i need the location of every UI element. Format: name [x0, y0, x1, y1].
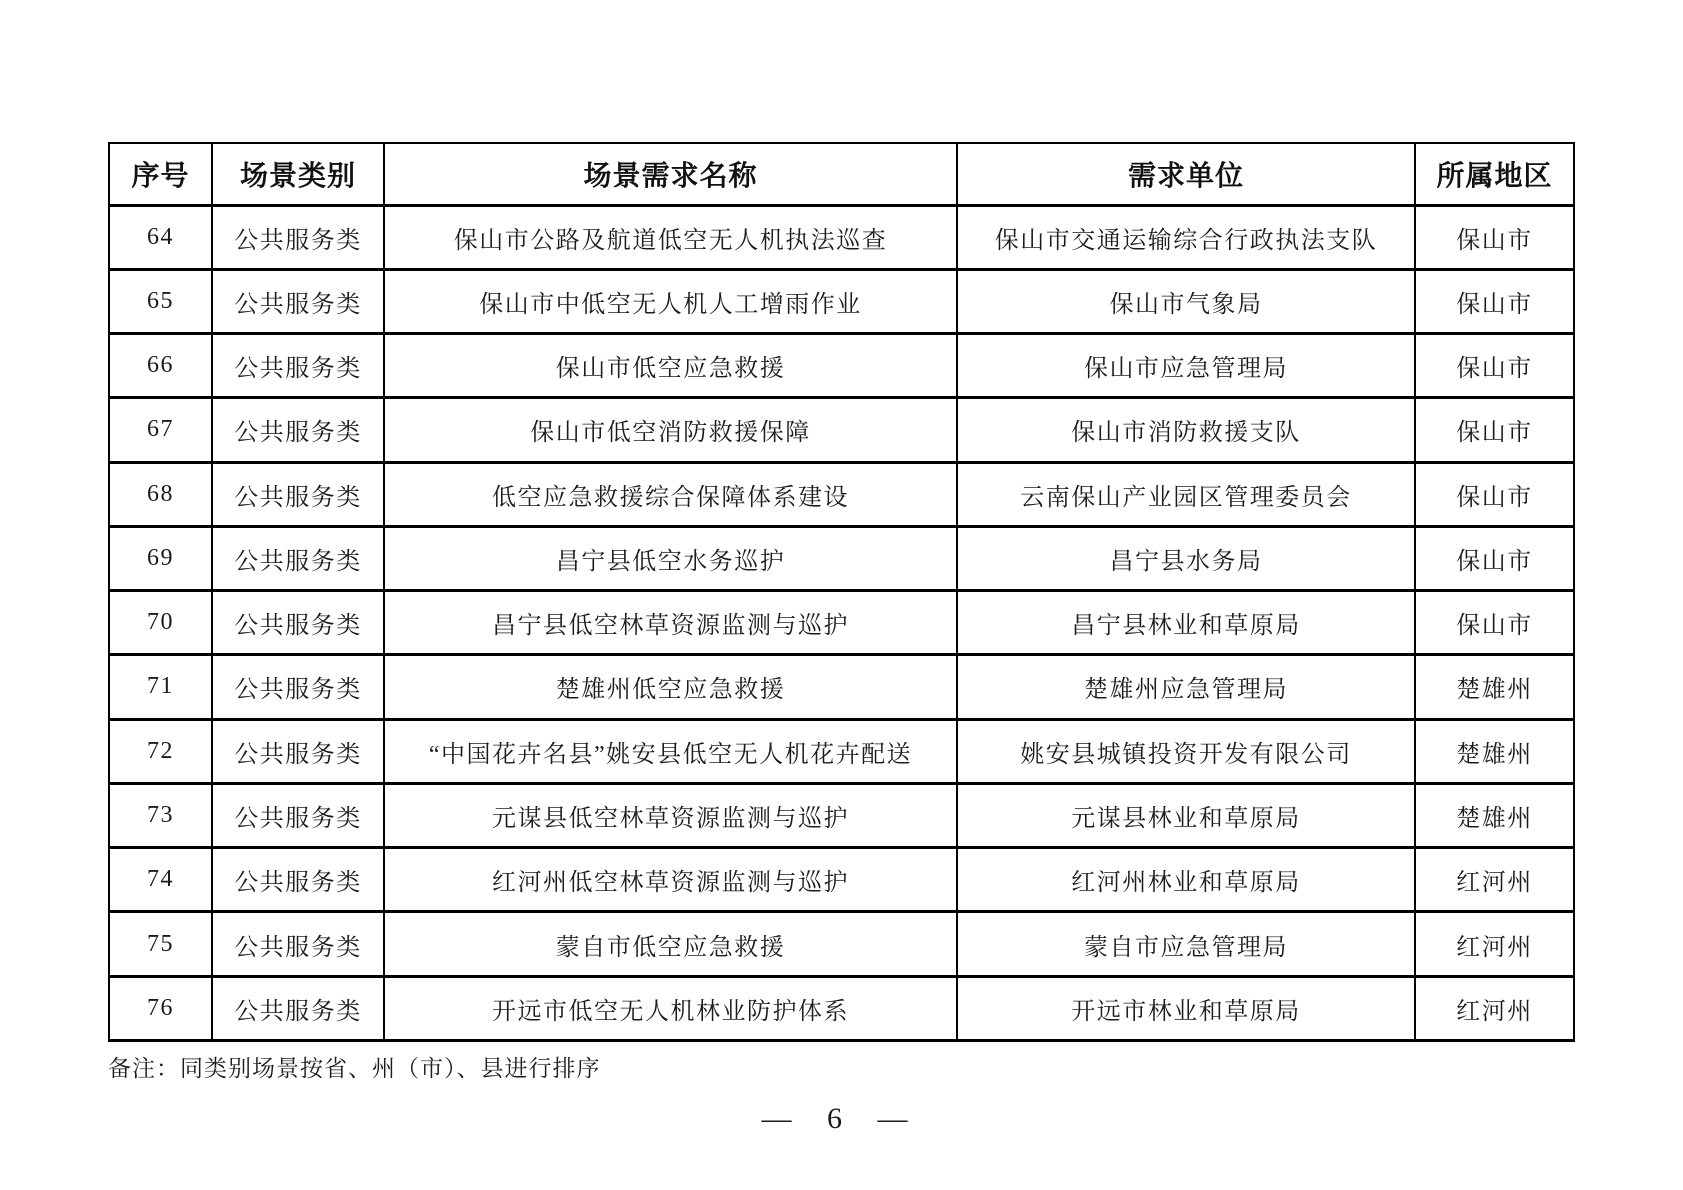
cell-category: 公共服务类 [212, 976, 384, 1040]
cell-scene-name: “中国花卉名县”姚安县低空无人机花卉配送 [384, 719, 957, 783]
cell-scene-name: 保山市中低空无人机人工增雨作业 [384, 269, 957, 333]
col-header-index: 序号 [109, 143, 212, 205]
cell-region: 保山市 [1415, 398, 1574, 462]
cell-index: 67 [109, 398, 212, 462]
cell-scene-name: 开远市低空无人机林业防护体系 [384, 976, 957, 1040]
scene-demand-table: 序号 场景类别 场景需求名称 需求单位 所属地区 64公共服务类保山市公路及航道… [108, 142, 1575, 1042]
cell-index: 69 [109, 526, 212, 590]
cell-region: 楚雄州 [1415, 719, 1574, 783]
table-row: 67公共服务类保山市低空消防救援保障保山市消防救援支队保山市 [109, 398, 1574, 462]
cell-category: 公共服务类 [212, 269, 384, 333]
table-row: 68公共服务类低空应急救援综合保障体系建设云南保山产业园区管理委员会保山市 [109, 462, 1574, 526]
cell-category: 公共服务类 [212, 719, 384, 783]
cell-region: 楚雄州 [1415, 783, 1574, 847]
cell-region: 保山市 [1415, 205, 1574, 269]
table-row: 75公共服务类蒙自市低空应急救援蒙自市应急管理局红河州 [109, 912, 1574, 976]
cell-category: 公共服务类 [212, 205, 384, 269]
cell-demand-unit: 云南保山产业园区管理委员会 [957, 462, 1415, 526]
table-row: 72公共服务类“中国花卉名县”姚安县低空无人机花卉配送姚安县城镇投资开发有限公司… [109, 719, 1574, 783]
col-header-scene-name: 场景需求名称 [384, 143, 957, 205]
table-row: 69公共服务类昌宁县低空水务巡护昌宁县水务局保山市 [109, 526, 1574, 590]
cell-demand-unit: 姚安县城镇投资开发有限公司 [957, 719, 1415, 783]
cell-index: 72 [109, 719, 212, 783]
cell-index: 64 [109, 205, 212, 269]
cell-category: 公共服务类 [212, 398, 384, 462]
cell-scene-name: 保山市低空应急救援 [384, 334, 957, 398]
cell-index: 75 [109, 912, 212, 976]
cell-demand-unit: 开远市林业和草原局 [957, 976, 1415, 1040]
cell-index: 73 [109, 783, 212, 847]
cell-category: 公共服务类 [212, 591, 384, 655]
cell-demand-unit: 保山市消防救援支队 [957, 398, 1415, 462]
cell-category: 公共服务类 [212, 526, 384, 590]
cell-demand-unit: 保山市交通运输综合行政执法支队 [957, 205, 1415, 269]
col-header-demand-unit: 需求单位 [957, 143, 1415, 205]
cell-index: 76 [109, 976, 212, 1040]
cell-scene-name: 红河州低空林草资源监测与巡护 [384, 848, 957, 912]
cell-demand-unit: 元谋县林业和草原局 [957, 783, 1415, 847]
col-header-category: 场景类别 [212, 143, 384, 205]
table-body: 64公共服务类保山市公路及航道低空无人机执法巡查保山市交通运输综合行政执法支队保… [109, 205, 1574, 1041]
cell-scene-name: 楚雄州低空应急救援 [384, 655, 957, 719]
cell-region: 红河州 [1415, 976, 1574, 1040]
cell-demand-unit: 昌宁县林业和草原局 [957, 591, 1415, 655]
cell-category: 公共服务类 [212, 848, 384, 912]
cell-index: 65 [109, 269, 212, 333]
cell-index: 71 [109, 655, 212, 719]
cell-index: 68 [109, 462, 212, 526]
cell-index: 70 [109, 591, 212, 655]
cell-index: 74 [109, 848, 212, 912]
cell-scene-name: 昌宁县低空林草资源监测与巡护 [384, 591, 957, 655]
table-row: 64公共服务类保山市公路及航道低空无人机执法巡查保山市交通运输综合行政执法支队保… [109, 205, 1574, 269]
table-row: 74公共服务类红河州低空林草资源监测与巡护红河州林业和草原局红河州 [109, 848, 1574, 912]
table-row: 70公共服务类昌宁县低空林草资源监测与巡护昌宁县林业和草原局保山市 [109, 591, 1574, 655]
cell-demand-unit: 蒙自市应急管理局 [957, 912, 1415, 976]
cell-demand-unit: 保山市应急管理局 [957, 334, 1415, 398]
cell-category: 公共服务类 [212, 655, 384, 719]
cell-category: 公共服务类 [212, 783, 384, 847]
table-row: 73公共服务类元谋县低空林草资源监测与巡护元谋县林业和草原局楚雄州 [109, 783, 1574, 847]
cell-category: 公共服务类 [212, 462, 384, 526]
cell-category: 公共服务类 [212, 334, 384, 398]
document-page: 序号 场景类别 场景需求名称 需求单位 所属地区 64公共服务类保山市公路及航道… [0, 0, 1683, 1190]
cell-demand-unit: 昌宁县水务局 [957, 526, 1415, 590]
cell-scene-name: 保山市低空消防救援保障 [384, 398, 957, 462]
cell-scene-name: 保山市公路及航道低空无人机执法巡查 [384, 205, 957, 269]
cell-region: 保山市 [1415, 269, 1574, 333]
table-header-row: 序号 场景类别 场景需求名称 需求单位 所属地区 [109, 143, 1574, 205]
cell-demand-unit: 红河州林业和草原局 [957, 848, 1415, 912]
page-number: — 6 — [0, 1102, 1683, 1136]
cell-demand-unit: 楚雄州应急管理局 [957, 655, 1415, 719]
cell-region: 红河州 [1415, 848, 1574, 912]
cell-scene-name: 昌宁县低空水务巡护 [384, 526, 957, 590]
cell-demand-unit: 保山市气象局 [957, 269, 1415, 333]
footnote: 备注：同类别场景按省、州（市）、县进行排序 [108, 1050, 601, 1083]
table-row: 65公共服务类保山市中低空无人机人工增雨作业保山市气象局保山市 [109, 269, 1574, 333]
cell-region: 红河州 [1415, 912, 1574, 976]
cell-index: 66 [109, 334, 212, 398]
table-row: 76公共服务类开远市低空无人机林业防护体系开远市林业和草原局红河州 [109, 976, 1574, 1040]
table-row: 71公共服务类楚雄州低空应急救援楚雄州应急管理局楚雄州 [109, 655, 1574, 719]
cell-region: 保山市 [1415, 591, 1574, 655]
cell-region: 保山市 [1415, 334, 1574, 398]
cell-region: 楚雄州 [1415, 655, 1574, 719]
cell-region: 保山市 [1415, 462, 1574, 526]
cell-scene-name: 蒙自市低空应急救援 [384, 912, 957, 976]
table-row: 66公共服务类保山市低空应急救援保山市应急管理局保山市 [109, 334, 1574, 398]
cell-category: 公共服务类 [212, 912, 384, 976]
cell-region: 保山市 [1415, 526, 1574, 590]
cell-scene-name: 低空应急救援综合保障体系建设 [384, 462, 957, 526]
cell-scene-name: 元谋县低空林草资源监测与巡护 [384, 783, 957, 847]
col-header-region: 所属地区 [1415, 143, 1574, 205]
